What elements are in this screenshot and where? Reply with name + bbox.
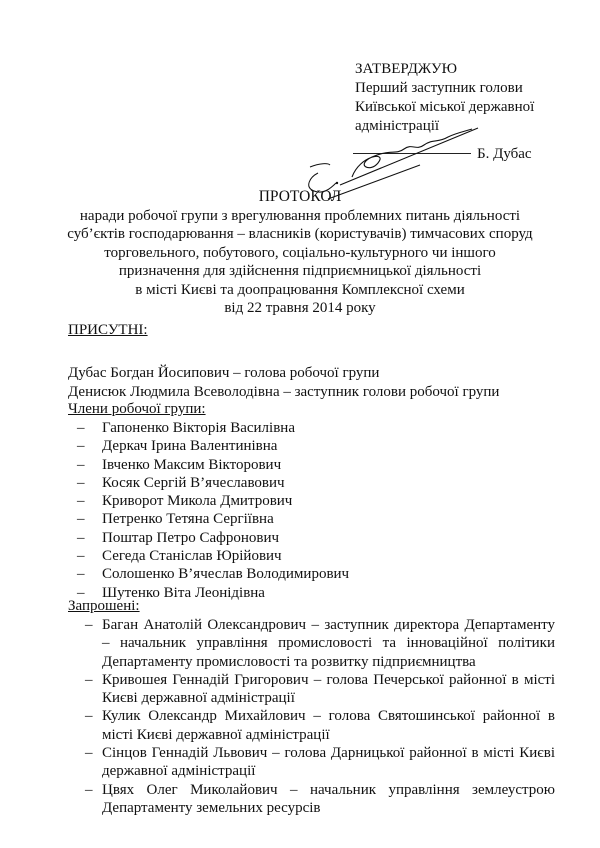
list-item: –Деркач Ірина Валентинівна — [77, 437, 349, 455]
title-line: наради робочої групи з врегулювання проб… — [0, 207, 600, 226]
title-date: від 22 травня 2014 року — [0, 299, 600, 318]
list-item: –Баган Анатолій Олександрович – заступни… — [85, 616, 555, 671]
list-item: –Кулик Олександр Михайлович – голова Свя… — [85, 707, 555, 744]
approval-heading: ЗАТВЕРДЖУЮ — [355, 60, 534, 79]
approval-line: Київської міської державної — [355, 98, 534, 117]
present-heading: ПРИСУТНІ: — [68, 322, 148, 339]
document-title-block: ПРОТОКОЛ наради робочої групи з врегулюв… — [0, 188, 600, 318]
list-item: –Кривошея Геннадій Григорович – голова П… — [85, 671, 555, 708]
chair-line: Дубас Богдан Йосипович – голова робочої … — [68, 364, 499, 383]
list-item: –Поштар Петро Сафронович — [77, 529, 349, 547]
approval-line: Перший заступник голови — [355, 79, 534, 98]
invited-heading: Запрошені: — [68, 598, 140, 615]
leadership-block: Дубас Богдан Йосипович – голова робочої … — [68, 364, 499, 401]
list-item: –Косяк Сергій В’ячеславович — [77, 474, 349, 492]
list-item: –Івченко Максим Вікторович — [77, 456, 349, 474]
list-item: –Сінцов Геннадій Львович – голова Дарниц… — [85, 744, 555, 781]
title-line: в місті Києві та доопрацювання Комплексн… — [0, 281, 600, 300]
invited-list: –Баган Анатолій Олександрович – заступни… — [85, 616, 555, 817]
list-item: –Цвях Олег Миколайович – начальник управ… — [85, 781, 555, 818]
list-item: –Криворот Микола Дмитрович — [77, 492, 349, 510]
list-item: –Солошенко В’ячеслав Володимирович — [77, 565, 349, 583]
signatory-name: Б. Дубас — [477, 146, 532, 162]
deputy-line: Денисюк Людмила Всеволодівна – заступник… — [68, 383, 499, 402]
title-line: суб’єктів господарювання – власників (ко… — [0, 225, 600, 244]
members-list: –Гапоненко Вікторія Василівна –Деркач Ір… — [77, 419, 349, 602]
list-item: –Петренко Тетяна Сергіївна — [77, 510, 349, 528]
members-heading: Члени робочої групи: — [68, 401, 206, 418]
document-title: ПРОТОКОЛ — [0, 188, 600, 207]
list-item: –Сегеда Станіслав Юрійович — [77, 547, 349, 565]
list-item: –Гапоненко Вікторія Василівна — [77, 419, 349, 437]
title-line: призначення для здійснення підприємницьк… — [0, 262, 600, 281]
title-line: торговельного, побутового, соціально-кул… — [0, 244, 600, 263]
